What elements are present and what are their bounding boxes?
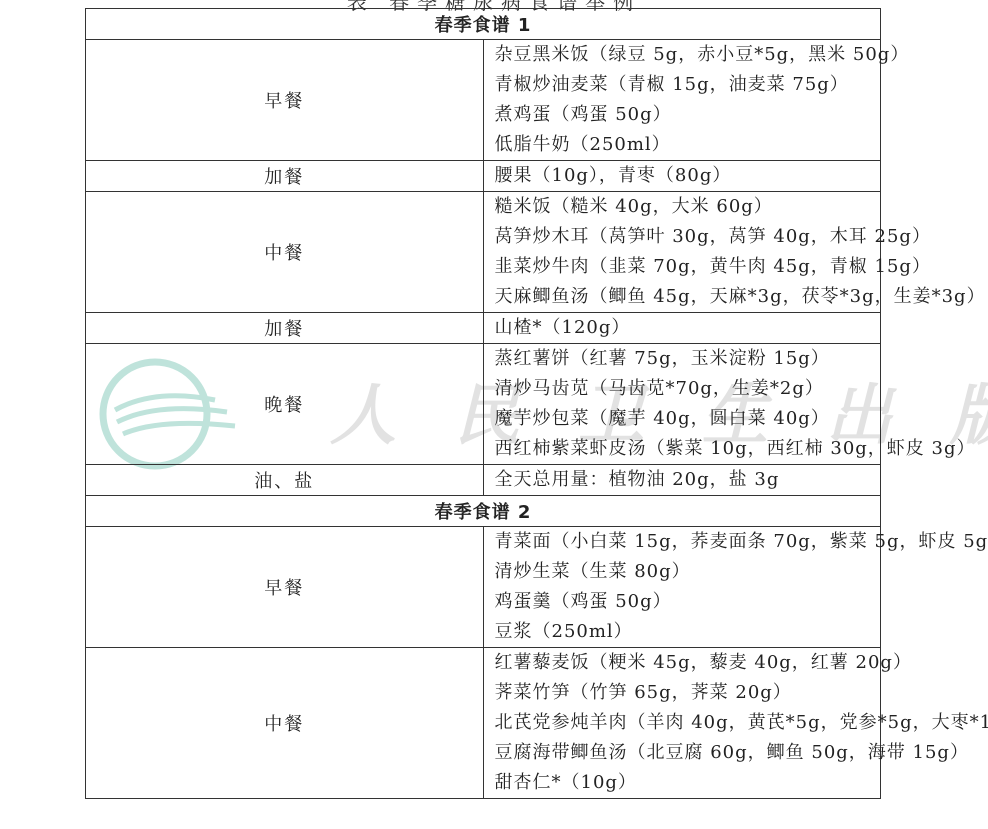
meal-items: 腰果（10g），青枣（80g）	[483, 161, 881, 192]
dish-item: 青菜面（小白菜 15g，荞麦面条 70g，紫菜 5g，虾皮 5g）	[495, 527, 881, 557]
meal-items: 全天总用量：植物油 20g，盐 3g	[483, 465, 881, 496]
dish-item: 豆浆（250ml）	[495, 617, 881, 647]
dish-item: 全天总用量：植物油 20g，盐 3g	[495, 465, 881, 495]
table-row: 晚餐 蒸红薯饼（红薯 75g，玉米淀粉 15g） 清炒马齿苋（马齿苋*70g，生…	[86, 344, 881, 465]
meal-label: 加餐	[86, 161, 484, 192]
table-row: 中餐 红薯藜麦饭（粳米 45g，藜麦 40g，红薯 20g） 荠菜竹笋（竹笋 6…	[86, 648, 881, 799]
meal-items: 山楂*（120g）	[483, 313, 881, 344]
meal-label: 油、盐	[86, 465, 484, 496]
dish-item: 蒸红薯饼（红薯 75g，玉米淀粉 15g）	[495, 344, 881, 374]
menu-title: 春季食谱 2	[86, 496, 881, 527]
dish-item: 豆腐海带鲫鱼汤（北豆腐 60g，鲫鱼 50g，海带 15g）	[495, 738, 881, 768]
dish-item: 魔芋炒包菜（魔芋 40g，圆白菜 40g）	[495, 404, 881, 434]
table-row: 早餐 青菜面（小白菜 15g，荞麦面条 70g，紫菜 5g，虾皮 5g） 清炒生…	[86, 527, 881, 648]
menu-1-header: 春季食谱 1	[86, 9, 881, 40]
dish-item: 鸡蛋羹（鸡蛋 50g）	[495, 587, 881, 617]
table-row: 加餐 山楂*（120g）	[86, 313, 881, 344]
dish-item: 青椒炒油麦菜（青椒 15g，油麦菜 75g）	[495, 70, 881, 100]
dish-item: 清炒马齿苋（马齿苋*70g，生姜*2g）	[495, 374, 881, 404]
meal-label: 中餐	[86, 192, 484, 313]
dish-item: 荠菜竹笋（竹笋 65g，荠菜 20g）	[495, 678, 881, 708]
dish-item: 北芪党参炖羊肉（羊肉 40g，黄芪*5g，党参*5g，大枣*10g）	[495, 708, 881, 738]
table-row: 油、盐 全天总用量：植物油 20g，盐 3g	[86, 465, 881, 496]
meal-items: 青菜面（小白菜 15g，荞麦面条 70g，紫菜 5g，虾皮 5g） 清炒生菜（生…	[483, 527, 881, 648]
table-row: 早餐 杂豆黑米饭（绿豆 5g，赤小豆*5g，黑米 50g） 青椒炒油麦菜（青椒 …	[86, 40, 881, 161]
dish-item: 糙米饭（糙米 40g，大米 60g）	[495, 192, 881, 222]
meal-items: 红薯藜麦饭（粳米 45g，藜麦 40g，红薯 20g） 荠菜竹笋（竹笋 65g，…	[483, 648, 881, 799]
meal-label: 早餐	[86, 527, 484, 648]
meal-label: 加餐	[86, 313, 484, 344]
menu-2-header: 春季食谱 2	[86, 496, 881, 527]
dish-item: 清炒生菜（生菜 80g）	[495, 557, 881, 587]
dish-item: 杂豆黑米饭（绿豆 5g，赤小豆*5g，黑米 50g）	[495, 40, 881, 70]
dish-item: 煮鸡蛋（鸡蛋 50g）	[495, 100, 881, 130]
meal-label: 中餐	[86, 648, 484, 799]
dish-item: 腰果（10g），青枣（80g）	[495, 161, 881, 191]
dish-item: 低脂牛奶（250ml）	[495, 130, 881, 160]
dish-item: 甜杏仁*（10g）	[495, 768, 881, 798]
dish-item: 天麻鲫鱼汤（鲫鱼 45g，天麻*3g，茯苓*3g，生姜*3g）	[495, 282, 881, 312]
recipe-table: 春季食谱 1 早餐 杂豆黑米饭（绿豆 5g，赤小豆*5g，黑米 50g） 青椒炒…	[85, 8, 881, 799]
meal-items: 糙米饭（糙米 40g，大米 60g） 莴笋炒木耳（莴笋叶 30g，莴笋 40g，…	[483, 192, 881, 313]
table-row: 中餐 糙米饭（糙米 40g，大米 60g） 莴笋炒木耳（莴笋叶 30g，莴笋 4…	[86, 192, 881, 313]
menu-title: 春季食谱 1	[86, 9, 881, 40]
meal-items: 蒸红薯饼（红薯 75g，玉米淀粉 15g） 清炒马齿苋（马齿苋*70g，生姜*2…	[483, 344, 881, 465]
dish-item: 韭菜炒牛肉（韭菜 70g，黄牛肉 45g，青椒 15g）	[495, 252, 881, 282]
dish-item: 山楂*（120g）	[495, 313, 881, 343]
dish-item: 莴笋炒木耳（莴笋叶 30g，莴笋 40g，木耳 25g）	[495, 222, 881, 252]
meal-label: 晚餐	[86, 344, 484, 465]
dish-item: 红薯藜麦饭（粳米 45g，藜麦 40g，红薯 20g）	[495, 648, 881, 678]
dish-item: 西红柿紫菜虾皮汤（紫菜 10g，西红柿 30g，虾皮 3g）	[495, 434, 881, 464]
meal-label: 早餐	[86, 40, 484, 161]
table-row: 加餐 腰果（10g），青枣（80g）	[86, 161, 881, 192]
meal-items: 杂豆黑米饭（绿豆 5g，赤小豆*5g，黑米 50g） 青椒炒油麦菜（青椒 15g…	[483, 40, 881, 161]
